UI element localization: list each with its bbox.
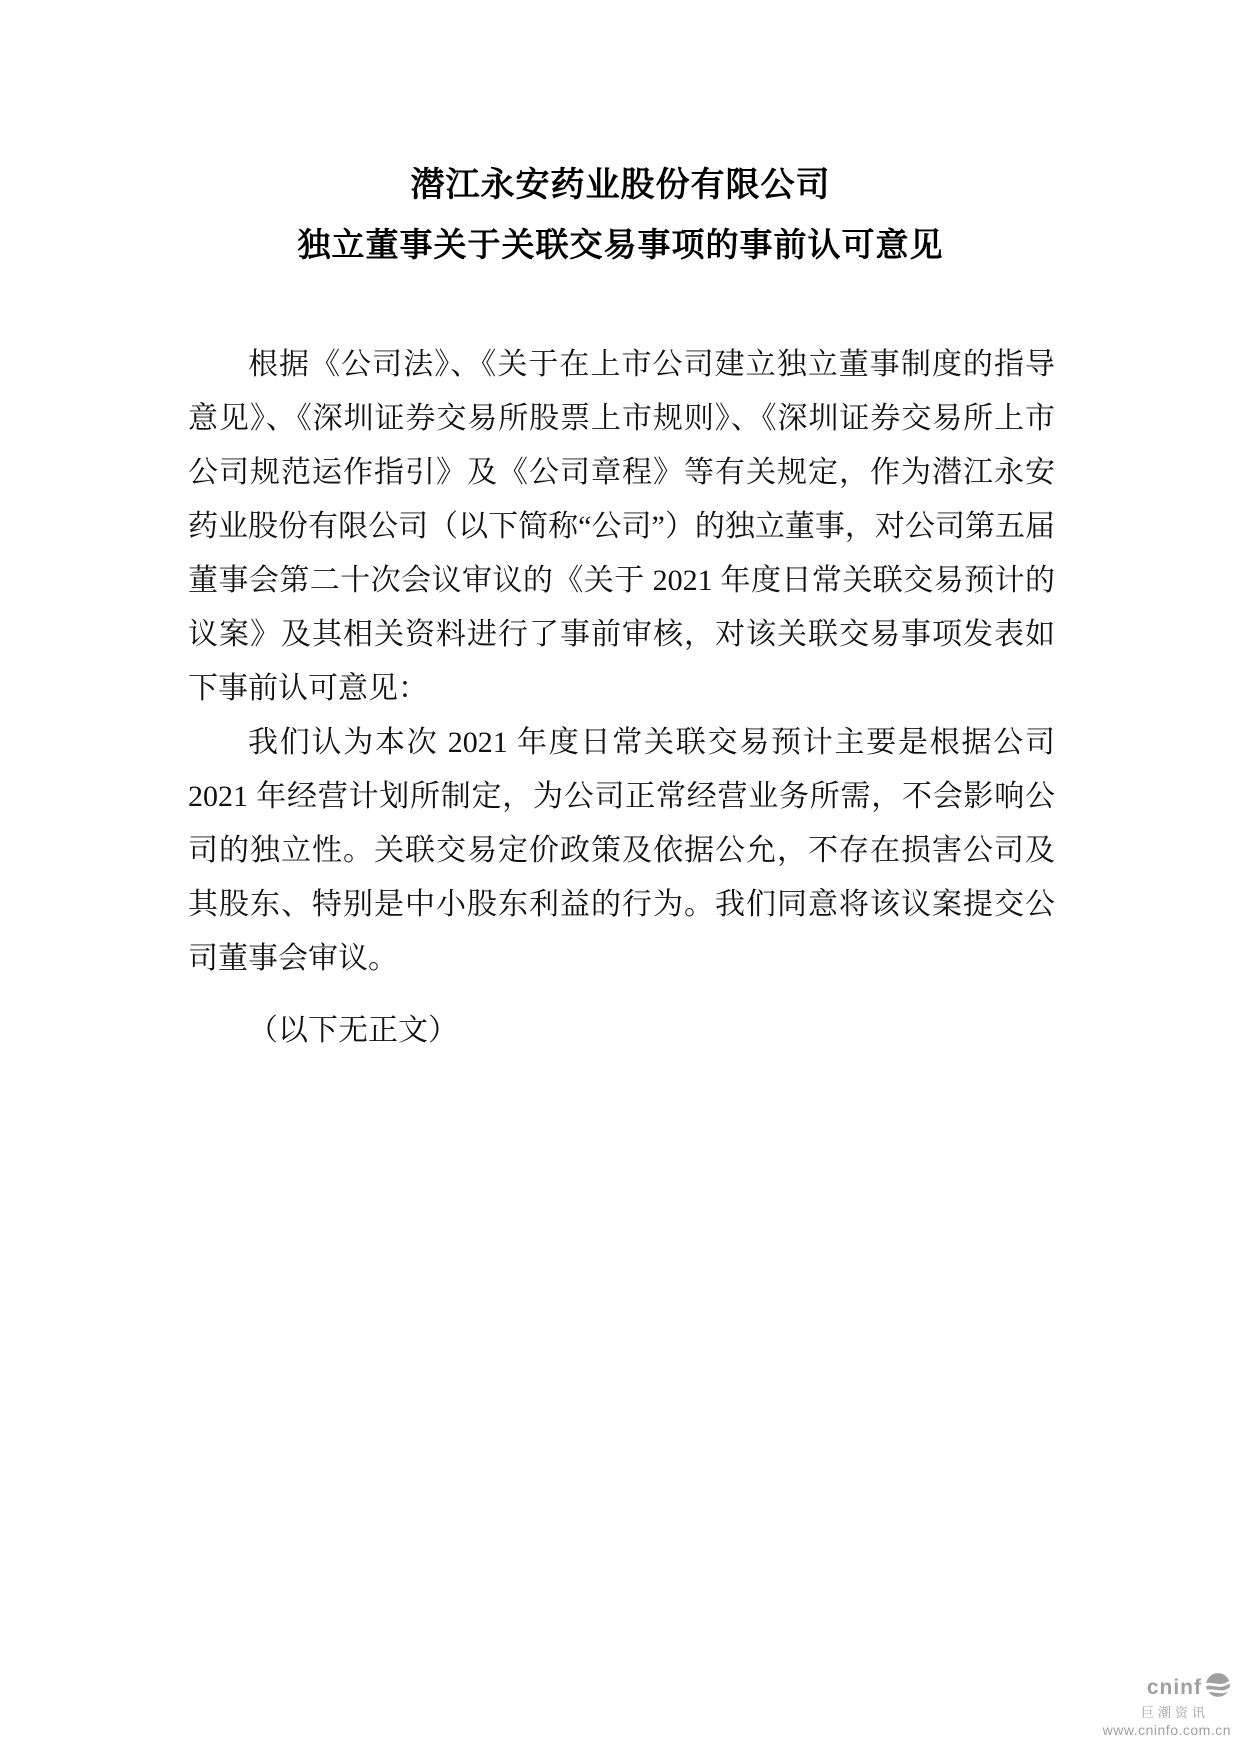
document-page: 潜江永安药业股份有限公司 独立董事关于关联交易事项的事前认可意见 根据《公司法》… [0,0,1241,1754]
document-subtitle: 独立董事关于关联交易事项的事前认可意见 [0,226,1241,264]
paragraph-legal-basis: 根据《公司法》、《关于在上市公司建立独立董事制度的指导意见》、《深圳证券交易所股… [188,338,1055,716]
document-title: 潜江永安药业股份有限公司 [0,166,1241,204]
cninfo-url: www.cninfo.com.cn [1103,1723,1231,1737]
cninfo-logo-row: cninf [1103,1672,1231,1702]
cninfo-chinese-name: 巨潮资讯 [1103,1706,1209,1719]
cninfo-logo-text: cninf [1147,1677,1202,1698]
cninfo-watermark: cninf 巨潮资讯 www.cninfo.com.cn [1103,1672,1231,1737]
paragraph-opinion: 我们认为本次 2021 年度日常关联交易预计主要是根据公司 2021 年经营计划… [188,716,1055,986]
no-more-text-note: （以下无正文） [188,1004,1055,1058]
cninfo-swirl-icon [1205,1672,1231,1702]
document-body: 根据《公司法》、《关于在上市公司建立独立董事制度的指导意见》、《深圳证券交易所股… [188,338,1055,1058]
